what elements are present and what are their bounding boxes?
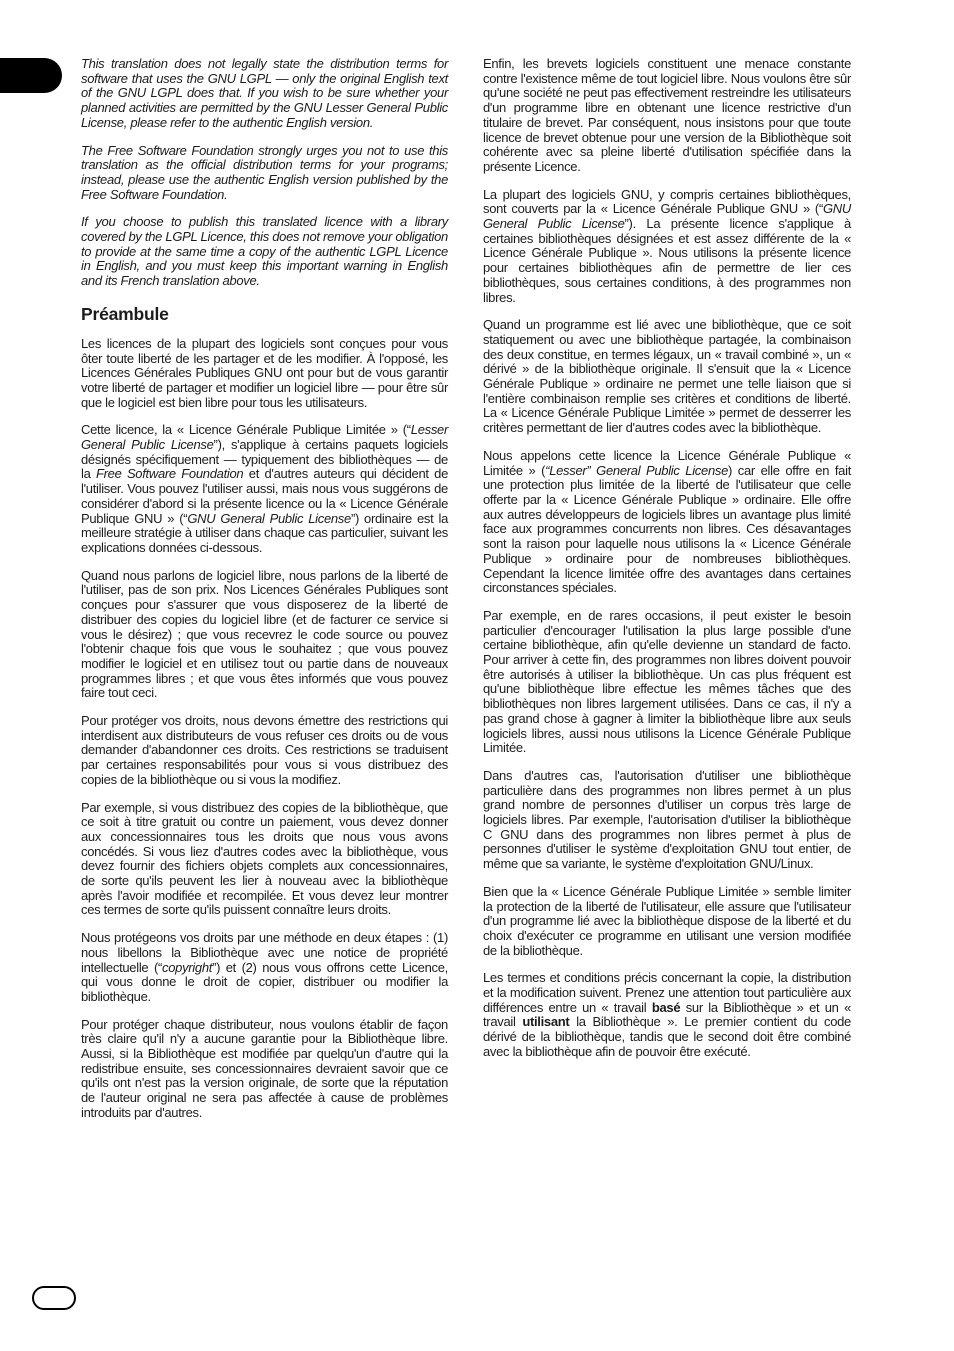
paragraph: Bien que la « Licence Générale Publique … [483,885,851,959]
paragraph: Quand nous parlons de logiciel libre, no… [81,569,448,701]
paragraph: Enfin, les brevets logiciels constituent… [483,57,851,175]
two-column-layout: This translation does not legally state … [81,57,851,1134]
text-run: Dans d'autres cas, l'autorisation d'util… [483,768,851,871]
english-translation-notice: This translation does not legally state … [81,57,448,289]
text-run: ) car elle offre en fait une protection … [483,463,851,596]
text-run: This translation does not legally state … [81,56,448,130]
page-number-bubble [32,1286,76,1310]
paragraph: Par exemple, si vous distribuez des copi… [81,801,448,919]
text-run: Quand nous parlons de logiciel libre, no… [81,568,448,701]
text-run: If you choose to publish this translated… [81,214,448,288]
text-run: La plupart des logiciels GNU, y compris … [483,187,851,217]
paragraph: Les termes et conditions précis concerna… [483,971,851,1059]
preamble-body-left: Les licences de la plupart des logiciels… [81,337,448,1121]
text-run: Cette licence, la « Licence Générale Pub… [81,422,411,437]
paragraph: Nous protégeons vos droits par une métho… [81,931,448,1005]
paragraph: Pour protéger chaque distributeur, nous … [81,1018,448,1121]
paragraph: If you choose to publish this translated… [81,215,448,289]
preamble-heading: Préambule [81,304,448,325]
paragraph: Quand un programme est lié avec une bibl… [483,318,851,436]
paragraph: The Free Software Foundation strongly ur… [81,144,448,203]
paragraph: Par exemple, en de rares occasions, il p… [483,609,851,756]
bold-run: basé [652,1000,680,1015]
paragraph: Dans d'autres cas, l'autorisation d'util… [483,769,851,872]
text-run: Pour protéger chaque distributeur, nous … [81,1017,448,1120]
left-column: This translation does not legally state … [81,57,448,1134]
italic-run: copyright [162,960,212,975]
text-run: Bien que la « Licence Générale Publique … [483,884,851,958]
right-column: Enfin, les brevets logiciels constituent… [483,57,851,1073]
text-run: Pour protéger vos droits, nous devons ém… [81,713,448,787]
text-run: Par exemple, en de rares occasions, il p… [483,608,851,755]
text-run: Enfin, les brevets logiciels constituent… [483,56,851,174]
paragraph: This translation does not legally state … [81,57,448,131]
paragraph: La plupart des logiciels GNU, y compris … [483,188,851,306]
text-run: Quand un programme est lié avec une bibl… [483,317,851,435]
text-run: The Free Software Foundation strongly ur… [81,143,448,202]
paragraph: Pour protéger vos droits, nous devons ém… [81,714,448,788]
italic-run: GNU General Public License [187,511,351,526]
bold-run: utilisant [522,1014,569,1029]
section-edge-tab [0,58,62,93]
document-page: This translation does not legally state … [0,0,954,1351]
paragraph: Nous appelons cette licence la Licence G… [483,449,851,596]
text-run: Les licences de la plupart des logiciels… [81,336,448,410]
italic-run: “Lesser” General Public License [545,463,728,478]
italic-run: Free Software Foundation [96,466,243,481]
paragraph: Les licences de la plupart des logiciels… [81,337,448,411]
paragraph: Cette licence, la « Licence Générale Pub… [81,423,448,555]
text-run: Par exemple, si vous distribuez des copi… [81,800,448,918]
